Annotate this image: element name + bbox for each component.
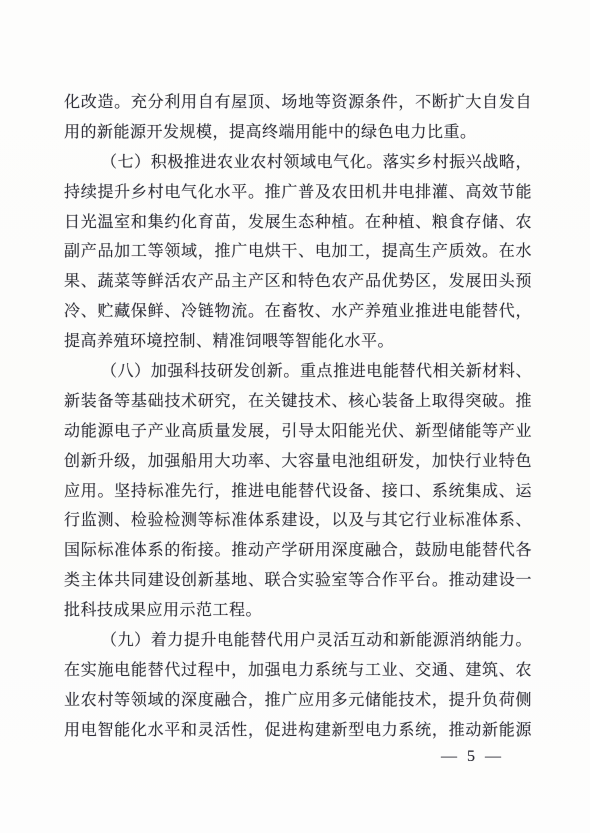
text-line: 用的新能源开发规模，提高终端用能中的绿色电力比重。: [64, 118, 532, 148]
text-line: 业农村等领域的深度融合，推广应用多元储能技术，提升负荷侧: [64, 686, 532, 716]
text-line: 化改造。充分利用自有屋顶、场地等资源条件，不断扩大自发自: [64, 88, 532, 118]
page-number: — 5 —: [441, 748, 504, 766]
text-line: 类主体共同建设创新基地、联合实验室等合作平台。推动建设一: [64, 566, 532, 596]
text-line: 果、蔬菜等鲜活农产品主产区和特色农产品优势区，发展田头预: [64, 267, 532, 297]
text-line-section-9-heading: （九）着力提升电能替代用户灵活互动和新能源消纳能力。: [64, 626, 532, 656]
text-line: 副产品加工等领域，推广电烘干、电加工，提高生产质效。在水: [64, 237, 532, 267]
text-line: 新装备等基础技术研究，在关键技术、核心装备上取得突破。推: [64, 387, 532, 417]
document-page: 化改造。充分利用自有屋顶、场地等资源条件，不断扩大自发自 用的新能源开发规模，提…: [0, 0, 590, 833]
text-line: 提高养殖环境控制、精准饲喂等智能化水平。: [64, 327, 532, 357]
text-line: 国际标准体系的衔接。推动产学研用深度融合，鼓励电能替代各: [64, 536, 532, 566]
text-line: 动能源电子产业高质量发展，引导太阳能光伏、新型储能等产业: [64, 417, 532, 447]
text-line: 持续提升乡村电气化水平。推广普及农田机井电排灌、高效节能: [64, 178, 532, 208]
text-line: 创新升级，加强船用大功率、大容量电池组研发，加快行业特色: [64, 447, 532, 477]
text-line: 日光温室和集约化育苗，发展生态种植。在种植、粮食存储、农: [64, 208, 532, 238]
text-line: 冷、贮藏保鲜、冷链物流。在畜牧、水产养殖业推进电能替代，: [64, 297, 532, 327]
text-line: 批科技成果应用示范工程。: [64, 596, 532, 626]
document-body: 化改造。充分利用自有屋顶、场地等资源条件，不断扩大自发自 用的新能源开发规模，提…: [64, 88, 532, 746]
text-line: 用电智能化水平和灵活性，促进构建新型电力系统，推动新能源: [64, 716, 532, 746]
text-line-section-7-heading: （七）积极推进农业农村领域电气化。落实乡村振兴战略，: [64, 148, 532, 178]
text-line-section-8-heading: （八）加强科技研发创新。重点推进电能替代相关新材料、: [64, 357, 532, 387]
text-line: 在实施电能替代过程中，加强电力系统与工业、交通、建筑、农: [64, 656, 532, 686]
text-line: 应用。坚持标准先行，推进电能替代设备、接口、系统集成、运: [64, 477, 532, 507]
text-line: 行监测、检验检测等标准体系建设，以及与其它行业标准体系、: [64, 506, 532, 536]
